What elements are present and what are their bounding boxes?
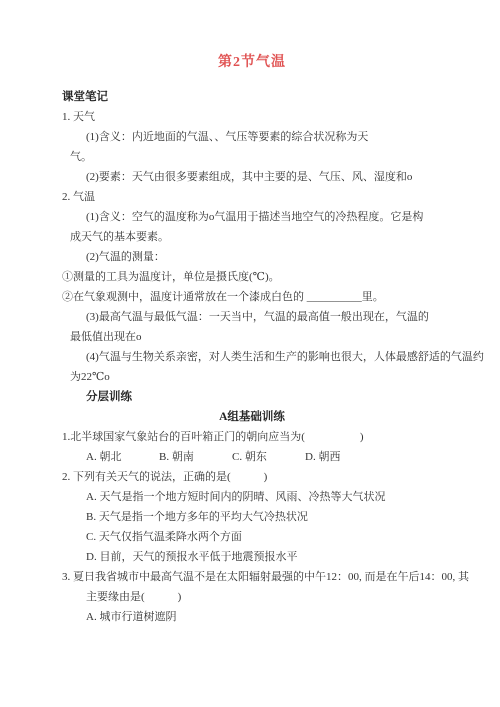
training-heading: 分层训练 xyxy=(86,387,442,407)
note-line: (1)含义：内近地面的气温、、气压等要素的综合状况称为天 xyxy=(86,127,442,147)
worksheet-page: 第2节气温 课堂笔记 1. 天气 (1)含义：内近地面的气温、、气压等要素的综合… xyxy=(0,0,500,707)
option-c: C. 天气仅指气温柔降水两个方面 xyxy=(86,527,442,547)
option-b: B. 天气是指一个地方多年的平均大气冷热状况 xyxy=(86,507,442,527)
option-a: A. 朝北 xyxy=(86,447,159,467)
note-line: (4)气温与生物关系亲密，对人类生活和生产的影响也很大，人体最感舒适的气温约 xyxy=(86,347,442,367)
page-title: 第2节气温 xyxy=(62,55,442,71)
note-line: 成天气的基本要素。 xyxy=(70,227,442,247)
question-2-stem: 2. 下列有关天气的说法，正确的是( ) xyxy=(62,467,442,487)
option-d: D. 朝西 xyxy=(305,447,378,467)
option-a: A. 天气是指一个地方短时间内的阴晴、风雨、冷热等大气状况 xyxy=(86,487,442,507)
option-c: C. 朝东 xyxy=(232,447,305,467)
note-line: 气。 xyxy=(70,147,442,167)
notes-heading: 课堂笔记 xyxy=(62,87,442,107)
note-line: 2. 气温 xyxy=(62,187,442,207)
question-3-stem-line2: 主要缘由是( ) xyxy=(86,587,442,607)
note-line: (3)最高气温与最低气温：一天当中，气温的最高值一般出现在，气温的 xyxy=(86,307,442,327)
option-d: D. 目前，天气的预报水平低于地震预报水平 xyxy=(86,547,442,567)
note-line: 为22℃o xyxy=(70,367,442,387)
question-1-stem: 1.北半球国家气象站台的百叶箱正门的朝向应当为( ) xyxy=(62,427,442,447)
question-3-stem-line1: 3. 夏日我省城市中最高气温不是在太阳辐射最强的中午12：00, 而是在午后14… xyxy=(62,567,442,587)
note-line: (1)含义：空气的温度称为o气温用于描述当地空气的冷热程度。它是构 xyxy=(86,207,442,227)
option-b: B. 朝南 xyxy=(159,447,232,467)
note-line: 最低值出现在o xyxy=(70,327,442,347)
note-line-with-blank: ②在气象观测中，温度计通常放在一个漆成白色的 __________里。 xyxy=(62,287,442,307)
note-line: ①测量的工具为温度计，单位是摄氏度(℃)。 xyxy=(62,267,442,287)
note-line: (2)要素：天气由很多要素组成，其中主要的是、气压、风、湿度和o xyxy=(86,167,442,187)
question-1-options: A. 朝北 B. 朝南 C. 朝东 D. 朝西 xyxy=(86,447,442,467)
note-line: 1. 天气 xyxy=(62,107,442,127)
option-a: A. 城市行道树遮阴 xyxy=(86,607,442,627)
note-line: (2)气温的测量： xyxy=(86,247,442,267)
group-a-heading: A组基础训练 xyxy=(62,407,442,427)
